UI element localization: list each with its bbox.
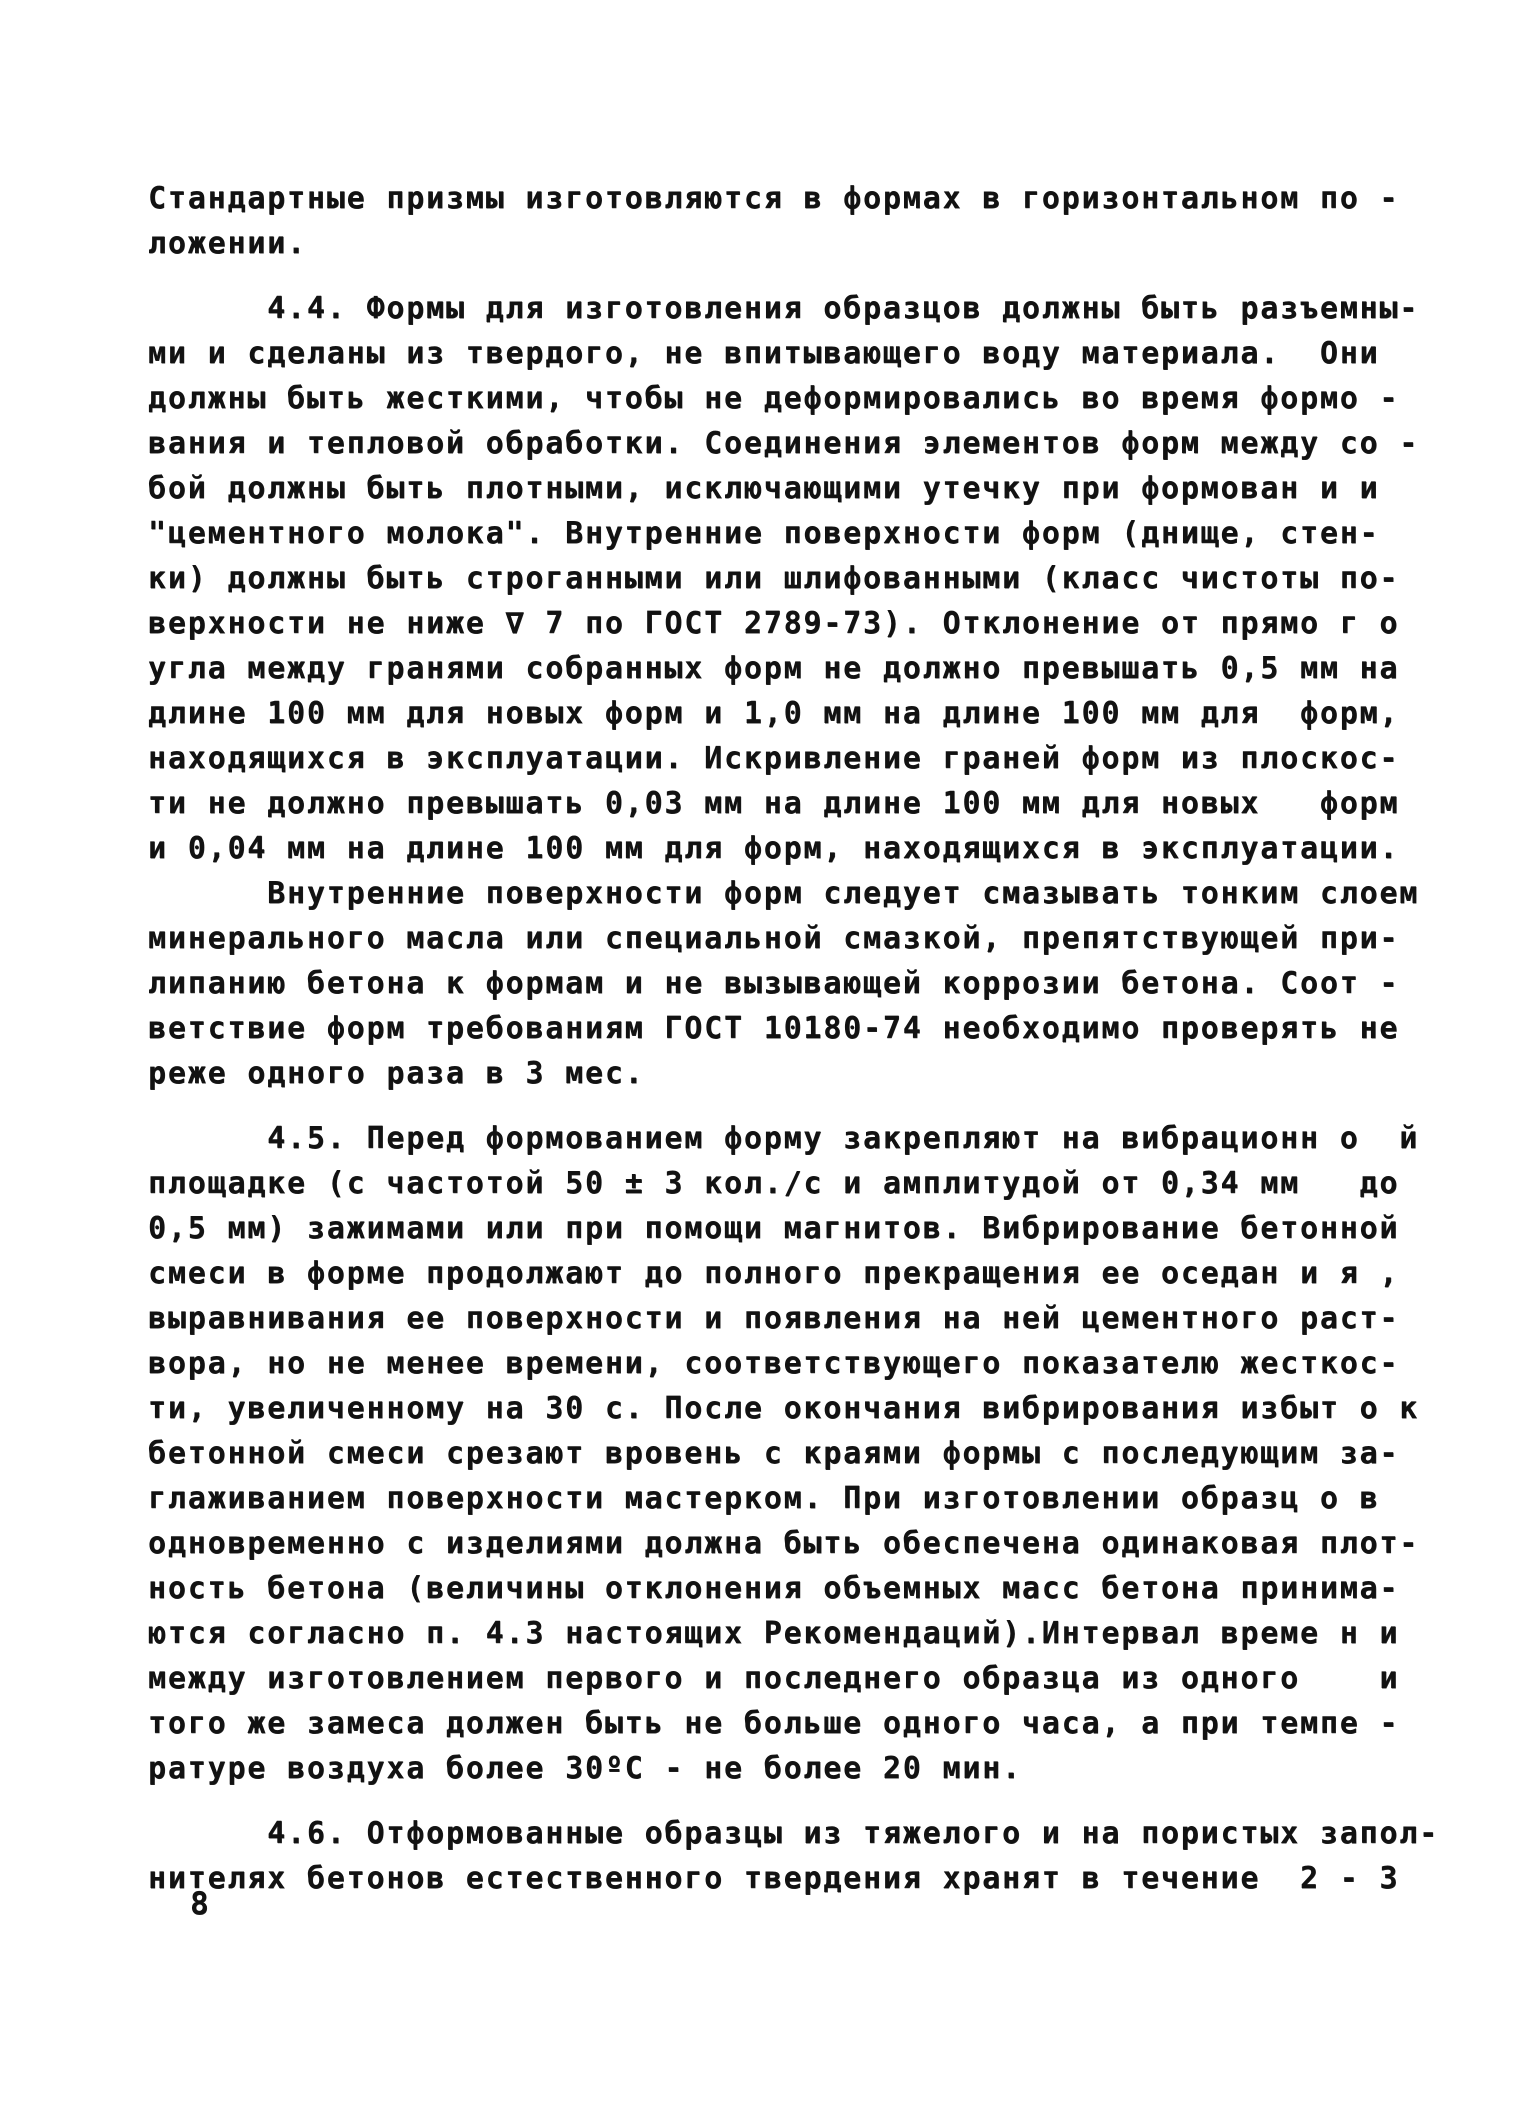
text-line: ти, увеличенному на 30 с. После окончани…	[148, 1386, 1478, 1431]
text-line: глаживанием поверхности мастерком. При и…	[148, 1476, 1478, 1521]
text-line: 4.6. Отформованные образцы из тяжелого и…	[148, 1811, 1478, 1856]
text-line: липанию бетона к формам и не вызывающей …	[148, 961, 1478, 1006]
text-line: нителях бетонов естественного твердения …	[148, 1856, 1478, 1901]
text-line: находящихся в эксплуатации. Искривление …	[148, 736, 1478, 781]
text-line: ки) должны быть строганными или шлифован…	[148, 556, 1478, 601]
text-line: вора, но не менее времени, соответствующ…	[148, 1341, 1478, 1386]
text-line: 4.4. Формы для изготовления образцов дол…	[148, 286, 1478, 331]
document-page: Стандартные призмы изготовляются в форма…	[0, 0, 1536, 2127]
text-line: и 0,04 мм на длине 100 мм для форм, нахо…	[148, 826, 1478, 871]
text-line: ветствие форм требованиям ГОСТ 10180-74 …	[148, 1006, 1478, 1051]
paragraph-forms-lubrication: Внутренние поверхности форм следует смаз…	[148, 871, 1478, 1096]
text-line: реже одного раза в 3 мес.	[148, 1051, 1478, 1096]
text-line: ратуре воздуха более 30ºС - не более 20 …	[148, 1746, 1478, 1791]
paragraph-section-4-4: 4.4. Формы для изготовления образцов дол…	[148, 286, 1478, 871]
text-line: Внутренние поверхности форм следует смаз…	[148, 871, 1478, 916]
text-line: верхности не ниже ∇ 7 по ГОСТ 2789-73). …	[148, 601, 1478, 646]
text-line: угла между гранями собранных форм не дол…	[148, 646, 1478, 691]
text-line: 4.5. Перед формованием форму закрепляют …	[148, 1116, 1478, 1161]
text-line: Стандартные призмы изготовляются в форма…	[148, 176, 1478, 221]
page-number: 8	[190, 1882, 209, 1927]
text-line: выравнивания ее поверхности и появления …	[148, 1296, 1478, 1341]
paragraph-section-4-5: 4.5. Перед формованием форму закрепляют …	[148, 1116, 1478, 1791]
text-line: ются согласно п. 4.3 настоящих Рекоменда…	[148, 1611, 1478, 1656]
text-line: площадке (с частотой 50 ± 3 кол./с и амп…	[148, 1161, 1478, 1206]
text-line: смеси в форме продолжают до полного прек…	[148, 1251, 1478, 1296]
document-text-block: Стандартные призмы изготовляются в форма…	[148, 176, 1478, 1901]
text-line: должны быть жесткими, чтобы не деформиро…	[148, 376, 1478, 421]
paragraph-section-4-6: 4.6. Отформованные образцы из тяжелого и…	[148, 1811, 1478, 1901]
paragraph-continuation: Стандартные призмы изготовляются в форма…	[148, 176, 1478, 266]
text-line: ми и сделаны из твердого, не впитывающег…	[148, 331, 1478, 376]
text-line: того же замеса должен быть не больше одн…	[148, 1701, 1478, 1746]
text-line: "цементного молока". Внутренние поверхно…	[148, 511, 1478, 556]
text-line: минерального масла или специальной смазк…	[148, 916, 1478, 961]
text-line: длине 100 мм для новых форм и 1,0 мм на …	[148, 691, 1478, 736]
text-line: ложении.	[148, 221, 1478, 266]
text-line: одновременно с изделиями должна быть обе…	[148, 1521, 1478, 1566]
text-line: ность бетона (величины отклонения объемн…	[148, 1566, 1478, 1611]
text-line: вания и тепловой обработки. Соединения э…	[148, 421, 1478, 466]
text-line: бой должны быть плотными, исключающими у…	[148, 466, 1478, 511]
text-line: 0,5 мм) зажимами или при помощи магнитов…	[148, 1206, 1478, 1251]
text-line: бетонной смеси срезают вровень с краями …	[148, 1431, 1478, 1476]
text-line: ти не должно превышать 0,03 мм на длине …	[148, 781, 1478, 826]
text-line: между изготовлением первого и последнего…	[148, 1656, 1478, 1701]
